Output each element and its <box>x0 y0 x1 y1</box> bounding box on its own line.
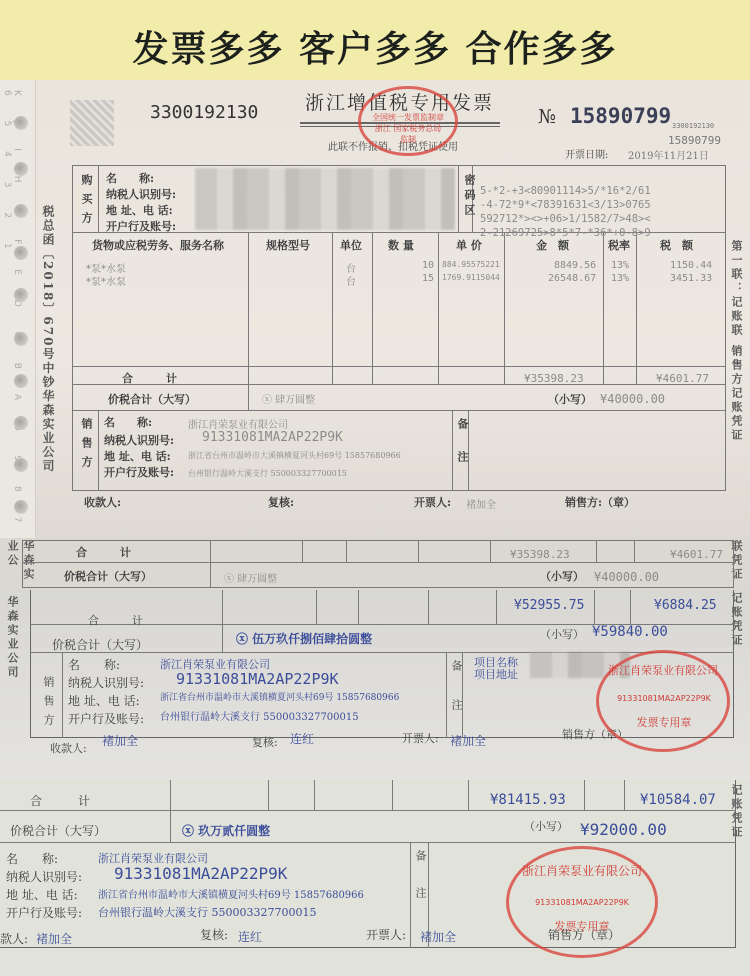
grand-total-label: 价税合计（大写） <box>64 568 152 584</box>
total-tax: ¥4601.77 <box>670 548 723 561</box>
divider <box>314 780 315 810</box>
divider <box>468 780 469 810</box>
stamp-taxid: 91331081MA2AP22P9K <box>528 898 636 907</box>
col-header-name: 货物或应税劳务、服务名称 <box>92 237 224 253</box>
divider <box>22 562 734 563</box>
punch-hole-icon <box>14 288 28 302</box>
divider <box>222 590 223 652</box>
item-price: 884.95575221 <box>442 260 500 269</box>
seller-name: 浙江肖荣泵业有限公司 <box>188 416 288 431</box>
small-number: 15890799 <box>668 134 721 147</box>
divider <box>624 780 625 810</box>
cipher-line: 592712*><>+06>1/1582/7>48>< <box>480 212 651 226</box>
reviewer-name: 连红 <box>238 928 262 945</box>
seller-bank: 台州银行温岭大溪支行 550003327700015 <box>188 468 347 479</box>
small-label: （小写） <box>540 626 584 642</box>
punch-hole-icon <box>14 162 28 176</box>
seller-section-label: 销售方 <box>78 418 94 475</box>
divider <box>596 540 597 562</box>
seller-taxid-label: 纳税人识别号: <box>6 868 82 885</box>
stamp-taxid: 91331081MA2AP22P9K <box>616 694 712 703</box>
payee-label: 款人: <box>0 930 28 947</box>
item-tax: 1150.44 <box>670 260 712 271</box>
number-symbol: № <box>538 106 556 128</box>
divider <box>0 842 736 843</box>
invoice-photo-4: 记账凭证 合 计 ¥81415.93 ¥10584.07 价税合计（大写） ⓧ … <box>0 780 750 976</box>
item-rate: 13% <box>611 260 629 271</box>
seller-address-label: 地 址、电 话: <box>6 886 78 903</box>
divider <box>446 652 447 738</box>
divider <box>98 165 99 232</box>
seller-section-label: 销售方 <box>40 676 56 733</box>
divider <box>410 842 411 948</box>
grand-total-label: 价税合计（大写） <box>10 822 106 839</box>
payee-label: 收款人: <box>50 740 87 756</box>
punch-hole-icon <box>14 246 28 260</box>
divider <box>72 410 726 411</box>
item-rate: 13% <box>611 273 629 284</box>
remark-label: 备注 <box>448 660 464 738</box>
divider <box>594 590 595 624</box>
stamp-type: 发票专用章 <box>540 918 624 934</box>
col-header-tax: 税 额 <box>660 237 693 253</box>
total-amount: ¥35398.23 <box>510 548 570 561</box>
item-qty: 15 <box>422 273 434 284</box>
seller-address-label: 地 址、电 话: <box>104 448 171 464</box>
total-amount: ¥81415.93 <box>490 792 566 808</box>
stamp-type: 发票专用章 <box>626 714 702 730</box>
remark-label: 备注 <box>412 850 428 924</box>
banner-title: 发票多多 客户多多 合作多多 <box>132 21 617 72</box>
total-label: 合 计 <box>122 370 177 386</box>
invoice-photo-3: 华森实业公司 记账凭证 合 计 ¥52955.75 ¥6884.25 价税合计（… <box>0 590 750 780</box>
seller-taxid: 91331081MA2AP22P9K <box>202 430 343 445</box>
divider <box>62 652 63 738</box>
divider <box>210 540 211 588</box>
drawer-label: 开票人: <box>402 730 439 746</box>
divider <box>72 366 726 367</box>
col-header-spec: 规格型号 <box>266 237 310 253</box>
perforated-strip: K J I H G F E D C B A 0 9 8 7 6 5 4 3 2 … <box>0 80 36 538</box>
punch-hole-icon <box>14 416 28 430</box>
divider <box>490 540 491 562</box>
divider <box>332 232 333 384</box>
divider <box>268 780 269 810</box>
drawer-label: 开票人: <box>414 494 451 510</box>
divider <box>0 810 736 811</box>
divider <box>438 232 439 384</box>
small-label: （小写） <box>524 818 568 834</box>
divider <box>496 590 497 624</box>
grand-total-words: ⓧ 玖万贰仟圆整 <box>182 822 270 839</box>
divider <box>358 590 359 624</box>
divider <box>248 384 249 410</box>
qr-code-icon <box>70 100 114 146</box>
divider <box>372 232 373 384</box>
divider <box>98 410 99 491</box>
payee-name: 褚加全 <box>36 930 72 947</box>
buyer-taxid-label: 纳税人识别号: <box>106 186 176 202</box>
punch-hole-icon <box>14 204 28 218</box>
total-tax: ¥10584.07 <box>640 792 716 808</box>
col-header-rate: 税率 <box>608 237 630 253</box>
item-unit: 台 <box>346 273 356 288</box>
small-label: （小写） <box>540 568 584 584</box>
col-header-price: 单 价 <box>456 237 482 253</box>
seller-bank: 台州银行温岭大溪支行 550003327700015 <box>160 708 359 723</box>
col-header-amount: 金 额 <box>536 237 569 253</box>
grand-total-figure: ¥40000.00 <box>594 570 659 584</box>
seller-address: 浙江省台州市温岭市大溪镇横夏河头村69号 15857680966 <box>98 886 364 901</box>
copy-note: 第一联：记账联 销售方记账凭证 <box>728 240 744 443</box>
col-header-unit: 单位 <box>340 237 362 253</box>
date-label: 开票日期: <box>565 146 608 161</box>
seller-taxid-label: 纳税人识别号: <box>68 674 144 691</box>
total-amount: ¥35398.23 <box>524 372 584 385</box>
divider <box>634 540 635 562</box>
cipher-section-label: 密码区 <box>461 174 477 219</box>
drawer-name: 褚加全 <box>450 732 486 749</box>
grand-total-words: ⓧ 肆万圆整 <box>224 570 277 585</box>
grand-total-figure: ¥40000.00 <box>600 392 665 406</box>
divider <box>584 780 585 810</box>
seller-name-label: 名 称: <box>6 850 58 867</box>
punch-hole-icon <box>14 374 28 388</box>
total-tax: ¥6884.25 <box>654 598 717 613</box>
divider <box>316 590 317 624</box>
divider <box>418 540 419 562</box>
banner: 发票多多 客户多多 合作多多 <box>0 0 750 80</box>
seller-bank-label: 开户行及账号: <box>104 464 174 480</box>
cipher-line: 5-*2-+3<80901114>5/*16*2/61 <box>480 184 651 198</box>
grand-total-figure: ¥92000.00 <box>580 820 667 839</box>
divider <box>636 232 637 384</box>
seller-taxid-label: 纳税人识别号: <box>104 432 174 448</box>
grand-total-label: 价税合计（大写） <box>108 391 196 407</box>
total-label: 合 计 <box>88 612 143 628</box>
small-label: （小写） <box>548 391 592 407</box>
divider <box>346 540 347 562</box>
item-amount: 26548.67 <box>548 273 596 284</box>
seller-name-label: 名 称: <box>68 656 120 673</box>
seller-bank-label: 开户行及账号: <box>6 904 82 921</box>
item-name: *泵*水泵 <box>86 273 126 288</box>
cipher-text: 5-*2-+3<80901114>5/*16*2/61 -4-72*9*<783… <box>480 184 651 240</box>
divider <box>170 780 171 842</box>
divider <box>603 232 604 384</box>
divider <box>504 232 505 384</box>
divider <box>458 165 459 232</box>
reviewer-label: 复核: <box>268 494 294 510</box>
invoice-number: 15890799 <box>570 104 671 128</box>
total-label: 合 计 <box>30 792 90 809</box>
seller-stamp-label: 销售方:（章） <box>565 494 635 510</box>
drawer-name: 褚加全 <box>420 928 456 945</box>
item-price: 1769.9115044 <box>442 273 500 282</box>
total-amount: ¥52955.75 <box>514 598 584 613</box>
drawer-label: 开票人: <box>366 926 406 943</box>
col-header-qty: 数 量 <box>388 237 414 253</box>
project-address-label: 项目地址 <box>474 666 518 682</box>
grand-total-words: ⓧ 伍万玖仟捌佰肆拾圆整 <box>236 630 372 647</box>
divider <box>302 540 303 562</box>
payee-name: 褚加全 <box>102 732 138 749</box>
reviewer-label: 复核: <box>200 926 228 943</box>
punch-hole-icon <box>14 500 28 514</box>
reviewer-name: 连红 <box>290 730 314 747</box>
grand-total-words: ⓧ 肆万圆整 <box>262 391 315 406</box>
printer-note: 税总函〔2018〕670号中钞华森实业公司 <box>40 205 57 473</box>
grand-total-label: 价税合计（大写） <box>52 636 148 653</box>
remark-label: 备注 <box>454 418 470 484</box>
seller-name-label: 名 称: <box>104 414 152 430</box>
total-label: 合 计 <box>76 544 131 560</box>
stamp-text: 全国统一发票监制章 浙江 国家税务总局监制 <box>372 112 444 145</box>
invoice-date: 2019年11月21日 <box>628 147 709 162</box>
punch-hole-icon <box>14 458 28 472</box>
printer-note: 华森实业公司 <box>4 596 20 680</box>
buyer-name-label: 名 称: <box>106 170 154 186</box>
punch-hole-icon <box>14 116 28 130</box>
seller-address: 浙江省台州市温岭市大溪镇横夏河头村69号 15857680966 <box>188 450 401 461</box>
seller-bank: 台州银行温岭大溪支行 550003327700015 <box>98 904 316 920</box>
buyer-bank-label: 开户行及账号: <box>106 218 176 234</box>
drawer-name: 褚加全 <box>466 496 496 511</box>
reviewer-label: 复核: <box>252 734 278 750</box>
item-qty: 10 <box>422 260 434 271</box>
divider <box>248 232 249 384</box>
punch-hole-icon <box>14 332 28 346</box>
seller-address-label: 地 址、电 话: <box>68 692 140 709</box>
redacted-buyer-info <box>195 168 455 230</box>
seller-bank-label: 开户行及账号: <box>68 710 144 727</box>
invoice-code: 3300192130 <box>150 102 258 123</box>
divider <box>452 410 453 491</box>
grand-total-figure: ¥59840.00 <box>592 624 668 640</box>
divider <box>428 590 429 624</box>
cipher-line: -4-72*9*<78391631<3/13>0765 <box>480 198 651 212</box>
small-code: 3300192130 <box>672 122 714 130</box>
seller-address: 浙江省台州市温岭市大溪镇横夏河头村69号 15857680966 <box>160 690 399 703</box>
stamp-company: 浙江肖荣泵业有限公司 <box>516 862 648 879</box>
payee-label: 收款人: <box>84 494 121 510</box>
total-tax: ¥4601.77 <box>656 372 709 385</box>
invoice-photo-2: 华森实业公 联凭证 合 计 ¥35398.23 ¥4601.77 价税合计（大写… <box>0 538 750 590</box>
divider <box>630 590 631 624</box>
divider <box>392 780 393 810</box>
seller-taxid: 91331081MA2AP22P9K <box>176 670 339 688</box>
item-tax: 3451.33 <box>670 273 712 284</box>
stamp-company: 浙江肖荣泵业有限公司 <box>604 662 722 678</box>
invoice-photo-1: K J I H G F E D C B A 0 9 8 7 6 5 4 3 2 … <box>0 80 750 538</box>
buyer-section-label: 购买方 <box>78 174 94 231</box>
seller-taxid: 91331081MA2AP22P9K <box>114 864 287 883</box>
buyer-address-label: 地 址、电 话: <box>106 202 173 218</box>
item-amount: 8849.56 <box>554 260 596 271</box>
